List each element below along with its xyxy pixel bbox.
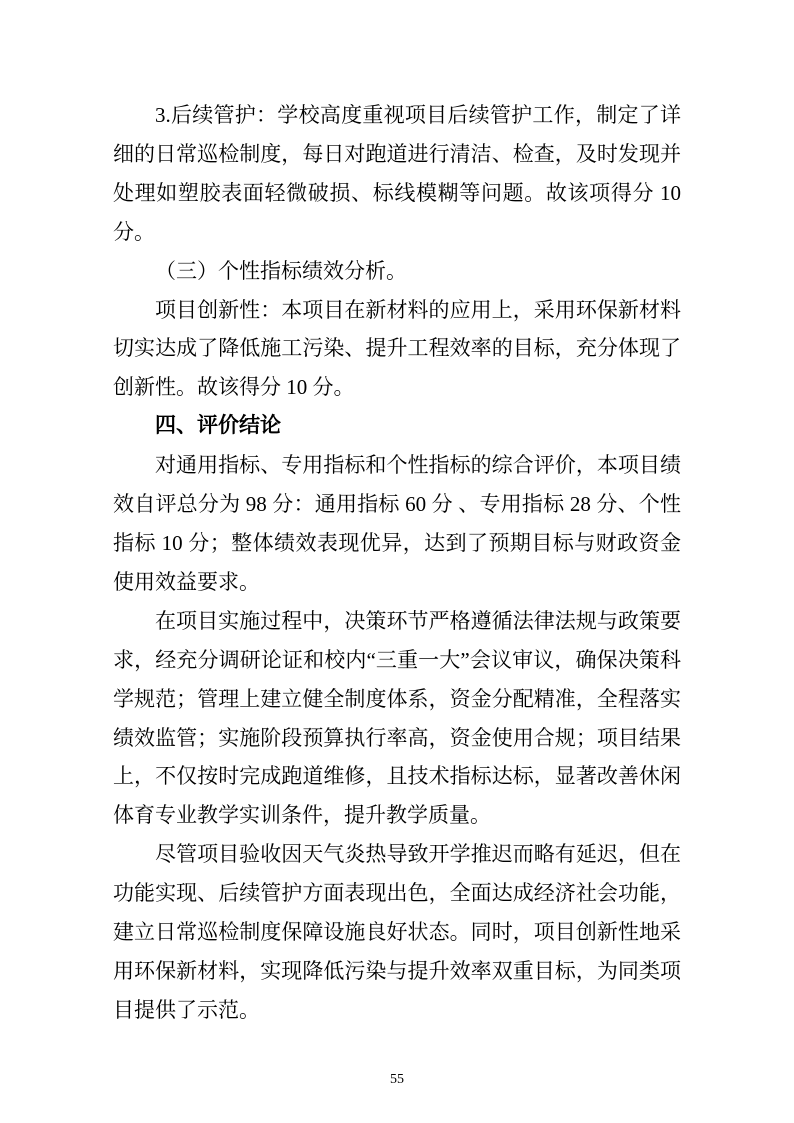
paragraph-project-innovation: 项目创新性：本项目在新材料的应用上，采用环保新材料切实达成了降低施工污染、提升工… [113,291,681,408]
paragraph-section-3-label: （三）个性指标绩效分析。 [113,252,681,291]
paragraph-implementation-process: 在项目实施过程中，决策环节严格遵循法律法规与政策要求，经充分调研论证和校内“三重… [113,602,681,835]
document-page: 3.后续管护：学校高度重视项目后续管护工作，制定了详细的日常巡检制度，每日对跑道… [0,0,794,1123]
paragraph-acceptance-and-demonstration: 尽管项目验收因天气炎热导致开学推迟而略有延迟，但在功能实现、后续管护方面表现出色… [113,835,681,1030]
paragraph-overall-score: 对通用指标、专用指标和个性指标的综合评价，本项目绩效自评总分为 98 分：通用指… [113,446,681,602]
heading-evaluation-conclusion: 四、评价结论 [113,407,681,446]
paragraph-follow-up-management: 3.后续管护：学校高度重视项目后续管护工作，制定了详细的日常巡检制度，每日对跑道… [113,96,681,252]
page-number: 55 [0,1071,794,1089]
document-body: 3.后续管护：学校高度重视项目后续管护工作，制定了详细的日常巡检制度，每日对跑道… [113,96,681,1030]
